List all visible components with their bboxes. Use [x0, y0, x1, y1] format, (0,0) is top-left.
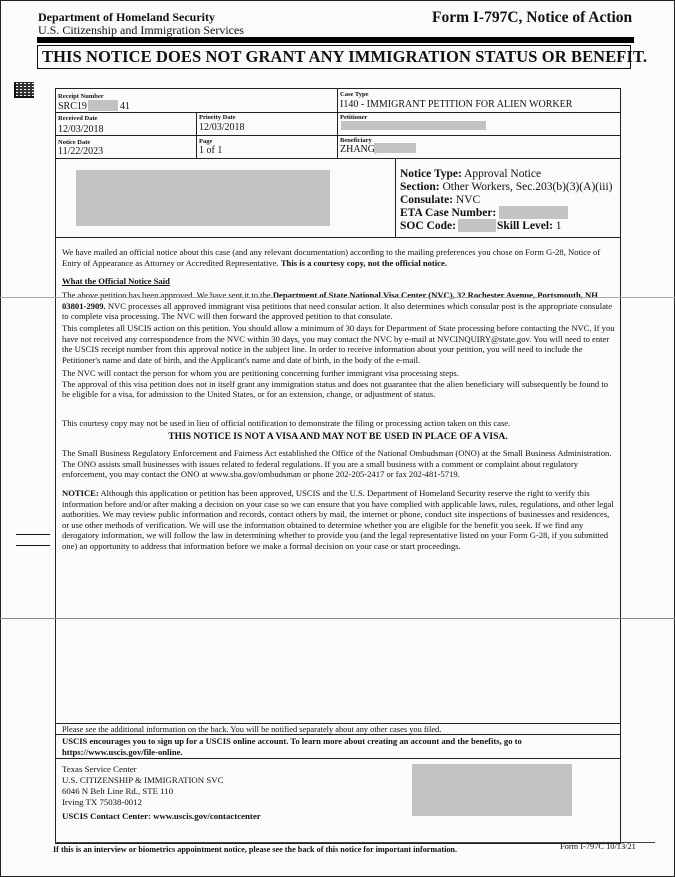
case-type-label: Case Type	[340, 91, 368, 98]
appointment-note: If this is an interview or biometrics ap…	[53, 845, 457, 854]
petitioner-label: Petitioner	[340, 114, 367, 121]
barcode-frame	[14, 82, 34, 98]
divider	[55, 135, 621, 136]
skill-level-line: Skill Level: 1	[497, 220, 562, 233]
visa-processing-paragraph: The NVC will contact the person for whom…	[62, 368, 618, 400]
page-count: 1 of 1	[199, 145, 222, 156]
redacted-mailing-address	[76, 170, 330, 226]
redacted-soc-code	[458, 219, 496, 232]
receipt-number-suffix: 41	[120, 101, 130, 112]
divider	[196, 112, 197, 158]
redacted-eta-case-number	[499, 206, 568, 219]
divider	[55, 237, 621, 238]
notice-date: 11/22/2023	[58, 146, 103, 157]
divider	[55, 758, 621, 759]
beneficiary-prefix: ZHANG,	[340, 144, 378, 155]
header-rule	[37, 37, 634, 43]
service-center-name: Texas Service Center	[62, 764, 137, 775]
approval-paragraph: The above petition has been approved. We…	[62, 290, 618, 322]
service-center-street: 6046 N Belt Line Rd., STE 110	[62, 786, 173, 797]
scan-fold-line	[0, 618, 675, 619]
divider	[55, 723, 621, 724]
redacted-barcode-block	[412, 764, 572, 816]
receipt-number-prefix: SRC19	[58, 101, 87, 112]
nvc-contact-paragraph: This completes all USCIS action on this …	[62, 323, 618, 365]
contact-center-link[interactable]: USCIS Contact Center: www.uscis.gov/cont…	[62, 811, 261, 821]
redacted-receipt-digits	[88, 100, 118, 111]
service-center-org: U.S. CITIZENSHIP & IMMIGRATION SVC	[62, 775, 223, 786]
page-label: Page	[199, 138, 212, 145]
redacted-beneficiary	[374, 143, 416, 153]
ombudsman-paragraph: The Small Business Regulatory Enforcemen…	[62, 448, 618, 480]
scan-mark	[16, 545, 50, 546]
visa-warning: THIS NOTICE IS NOT A VISA AND MAY NOT BE…	[55, 432, 621, 442]
service-center-city: Irving TX 75038-0012	[62, 797, 142, 808]
scan-mark	[16, 534, 50, 535]
notice-date-label: Notice Date	[58, 139, 90, 146]
lieu-notice-paragraph: This courtesy copy may not be used in li…	[62, 418, 618, 429]
soc-code-line: SOC Code:	[400, 220, 456, 233]
courtesy-copy-paragraph: We have mailed an official notice about …	[62, 247, 618, 268]
received-date-label: Received Date	[58, 115, 98, 122]
receipt-number-label: Receipt Number	[58, 93, 104, 100]
priority-date: 12/03/2018	[199, 122, 245, 133]
form-edition-code: Form I-797C 10/13/21	[560, 842, 636, 851]
sub-agency-name: U.S. Citizenship and Immigration Service…	[38, 24, 244, 37]
status-banner: THIS NOTICE DOES NOT GRANT ANY IMMIGRATI…	[42, 47, 647, 67]
consulate-line: Consulate: NVC	[400, 194, 480, 207]
divider	[55, 112, 621, 113]
official-notice-heading: What the Official Notice Said	[62, 276, 618, 287]
priority-date-label: Priority Date	[199, 114, 236, 121]
verification-notice-paragraph: NOTICE: Although this application or pet…	[62, 488, 618, 552]
divider	[337, 88, 338, 158]
divider	[55, 734, 621, 735]
form-title: Form I-797C, Notice of Action	[432, 9, 632, 27]
online-account-note: USCIS encourages you to sign up for a US…	[62, 736, 602, 758]
divider	[395, 158, 396, 237]
divider	[55, 158, 621, 159]
notice-type-line: Notice Type: Approval Notice	[400, 168, 541, 181]
beneficiary-label: Beneficiary	[340, 137, 372, 144]
redacted-petitioner	[341, 121, 486, 130]
section-line: Section: Other Workers, Sec.203(b)(3)(A)…	[400, 181, 613, 194]
case-type: I140 - IMMIGRANT PETITION FOR ALIEN WORK…	[340, 99, 572, 110]
received-date: 12/03/2018	[58, 124, 104, 135]
scan-fold-line	[0, 297, 675, 298]
